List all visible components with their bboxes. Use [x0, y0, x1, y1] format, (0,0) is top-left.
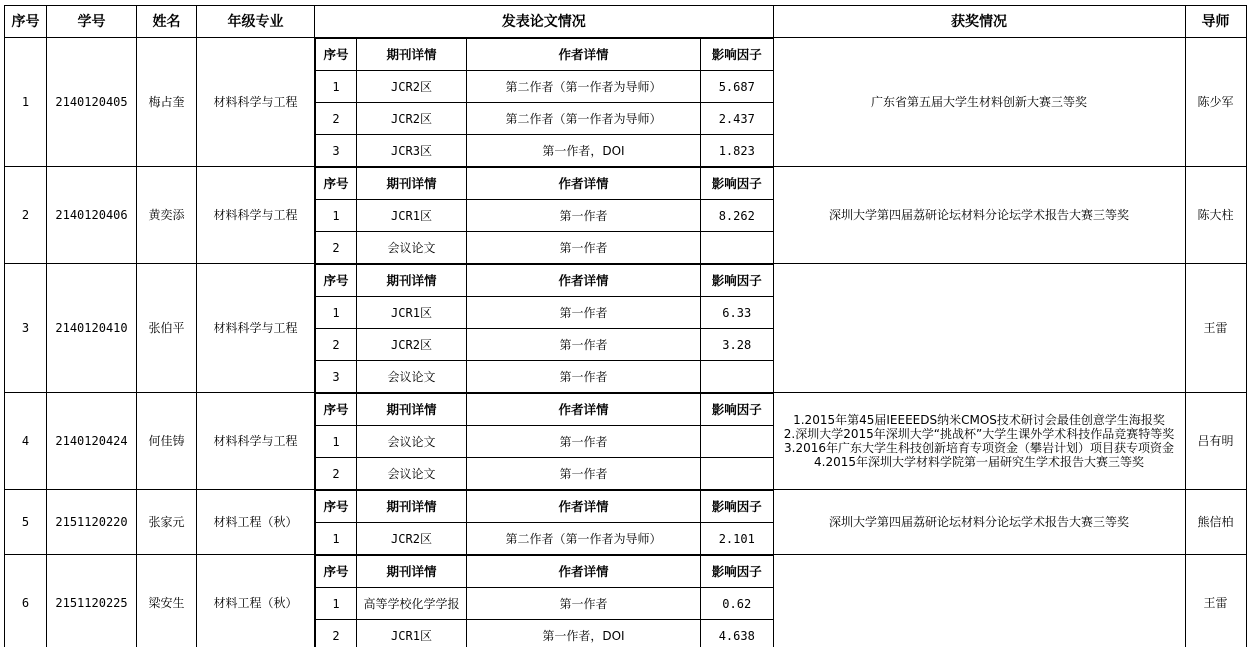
paper-seq[interactable]: 2: [316, 232, 357, 264]
paper-header-journal[interactable]: 期刊详情: [357, 491, 467, 523]
paper-seq[interactable]: 2: [316, 620, 357, 647]
paper-journal[interactable]: JCR3区: [357, 135, 467, 167]
paper-journal[interactable]: JCR1区: [357, 620, 467, 647]
paper-impact[interactable]: 3.28: [701, 329, 773, 361]
award-item: 4.2015年深圳大学材料学院第一届研究生学术报告大赛三等奖: [774, 455, 1185, 469]
paper-author[interactable]: 第一作者: [467, 232, 701, 264]
awards-cell[interactable]: 深圳大学第四届荔研论坛材料分论坛学术报告大赛三等奖: [773, 167, 1185, 264]
paper-seq[interactable]: 1: [316, 523, 357, 555]
advisor-name[interactable]: 陈少军: [1185, 38, 1246, 167]
awards-cell[interactable]: 广东省第五届大学生材料创新大赛三等奖: [773, 38, 1185, 167]
paper-impact[interactable]: 1.823: [701, 135, 773, 167]
award-item: 1.2015年第45届IEEEEDS纳米CMOS技术研讨会最佳创意学生海报奖: [774, 413, 1185, 427]
student-name[interactable]: 黄奕添: [137, 167, 197, 264]
paper-header-impact[interactable]: 影响因子: [701, 265, 773, 297]
awards-cell[interactable]: 深圳大学第四届荔研论坛材料分论坛学术报告大赛三等奖: [773, 490, 1185, 555]
paper-impact[interactable]: 8.262: [701, 200, 773, 232]
paper-subheader-row: 序号 期刊详情 作者详情 影响因子: [316, 556, 773, 588]
paper-row: 1高等学校化学学报第一作者0.62: [316, 588, 773, 620]
student-achievements-sheet: 序号 学号 姓名 年级专业 发表论文情况 获奖情况 导师 1 214012040…: [4, 5, 1247, 647]
paper-author[interactable]: 第二作者（第一作者为导师）: [467, 103, 701, 135]
student-major[interactable]: 材料科学与工程: [197, 38, 315, 167]
paper-journal[interactable]: JCR2区: [357, 103, 467, 135]
papers-cell: 序号 期刊详情 作者详情 影响因子 1JCR1区第一作者6.332JCR2区第一…: [315, 264, 774, 393]
header-major[interactable]: 年级专业: [197, 6, 315, 38]
paper-seq[interactable]: 3: [316, 135, 357, 167]
student-id[interactable]: 2140120410: [47, 264, 137, 393]
paper-author[interactable]: 第一作者: [467, 329, 701, 361]
paper-journal[interactable]: 会议论文: [357, 426, 467, 458]
papers-cell: 序号 期刊详情 作者详情 影响因子 1JCR2区第二作者（第一作者为导师）5.6…: [315, 38, 774, 167]
paper-header-seq[interactable]: 序号: [316, 168, 357, 200]
paper-header-journal[interactable]: 期刊详情: [357, 39, 467, 71]
student-major[interactable]: 材料工程（秋）: [197, 490, 315, 555]
paper-impact[interactable]: [701, 426, 773, 458]
student-row: 3 2140120410 张伯平 材料科学与工程 序号 期刊详情 作者详情 影响…: [5, 264, 1247, 393]
paper-journal[interactable]: 会议论文: [357, 458, 467, 490]
papers-cell: 序号 期刊详情 作者详情 影响因子 1JCR1区第一作者8.2622会议论文第一…: [315, 167, 774, 264]
student-name[interactable]: 梅占奎: [137, 38, 197, 167]
paper-header-seq[interactable]: 序号: [316, 265, 357, 297]
paper-seq[interactable]: 2: [316, 458, 357, 490]
paper-header-seq[interactable]: 序号: [316, 556, 357, 588]
paper-author[interactable]: 第一作者: [467, 458, 701, 490]
awards-cell[interactable]: [773, 555, 1185, 647]
student-seq[interactable]: 4: [5, 393, 47, 490]
paper-impact[interactable]: 2.437: [701, 103, 773, 135]
student-major[interactable]: 材料科学与工程: [197, 167, 315, 264]
award-item: 3.2016年广东大学生科技创新培育专项资金（攀岩计划）项目获专项资金: [774, 441, 1185, 455]
paper-subheader-row: 序号 期刊详情 作者详情 影响因子: [316, 394, 773, 426]
paper-seq[interactable]: 1: [316, 200, 357, 232]
advisor-name[interactable]: 吕有明: [1185, 393, 1246, 490]
paper-seq[interactable]: 1: [316, 588, 357, 620]
paper-seq[interactable]: 2: [316, 329, 357, 361]
student-row: 6 2151120225 梁安生 材料工程（秋） 序号 期刊详情 作者详情 影响…: [5, 555, 1247, 647]
achievements-table: 序号 学号 姓名 年级专业 发表论文情况 获奖情况 导师 1 214012040…: [4, 5, 1247, 647]
paper-header-journal[interactable]: 期刊详情: [357, 265, 467, 297]
student-name[interactable]: 梁安生: [137, 555, 197, 647]
paper-seq[interactable]: 3: [316, 361, 357, 393]
student-name[interactable]: 张家元: [137, 490, 197, 555]
paper-row: 1JCR2区第二作者（第一作者为导师）2.101: [316, 523, 773, 555]
papers-subtable: 序号 期刊详情 作者详情 影响因子 1JCR1区第一作者8.2622会议论文第一…: [315, 167, 773, 263]
paper-impact[interactable]: [701, 232, 773, 264]
paper-author[interactable]: 第一作者: [467, 361, 701, 393]
advisor-name[interactable]: 王雷: [1185, 264, 1246, 393]
header-awards[interactable]: 获奖情况: [773, 6, 1185, 38]
student-id[interactable]: 2140120405: [47, 38, 137, 167]
student-row: 2 2140120406 黄奕添 材料科学与工程 序号 期刊详情 作者详情 影响…: [5, 167, 1247, 264]
paper-author[interactable]: 第一作者，DOI: [467, 135, 701, 167]
paper-row: 2会议论文第一作者: [316, 232, 773, 264]
paper-journal[interactable]: JCR2区: [357, 523, 467, 555]
paper-journal[interactable]: JCR2区: [357, 329, 467, 361]
paper-header-author[interactable]: 作者详情: [467, 491, 701, 523]
header-row: 序号 学号 姓名 年级专业 发表论文情况 获奖情况 导师: [5, 6, 1247, 38]
student-row: 5 2151120220 张家元 材料工程（秋） 序号 期刊详情 作者详情 影响…: [5, 490, 1247, 555]
student-id[interactable]: 2151120225: [47, 555, 137, 647]
paper-journal[interactable]: JCR1区: [357, 297, 467, 329]
awards-cell[interactable]: 1.2015年第45届IEEEEDS纳米CMOS技术研讨会最佳创意学生海报奖2.…: [773, 393, 1185, 490]
paper-row: 3会议论文第一作者: [316, 361, 773, 393]
paper-seq[interactable]: 2: [316, 103, 357, 135]
paper-row: 1会议论文第一作者: [316, 426, 773, 458]
paper-seq[interactable]: 1: [316, 297, 357, 329]
paper-subheader-row: 序号 期刊详情 作者详情 影响因子: [316, 491, 773, 523]
student-seq[interactable]: 5: [5, 490, 47, 555]
paper-header-impact[interactable]: 影响因子: [701, 39, 773, 71]
student-seq[interactable]: 3: [5, 264, 47, 393]
papers-cell: 序号 期刊详情 作者详情 影响因子 1JCR2区第二作者（第一作者为导师）2.1…: [315, 490, 774, 555]
student-id[interactable]: 2140120406: [47, 167, 137, 264]
student-major[interactable]: 材料科学与工程: [197, 264, 315, 393]
paper-seq[interactable]: 1: [316, 426, 357, 458]
student-seq[interactable]: 2: [5, 167, 47, 264]
paper-impact[interactable]: [701, 458, 773, 490]
paper-author[interactable]: 第二作者（第一作者为导师）: [467, 523, 701, 555]
student-name[interactable]: 张伯平: [137, 264, 197, 393]
paper-header-author[interactable]: 作者详情: [467, 168, 701, 200]
student-row: 4 2140120424 何佳铸 材料科学与工程 序号 期刊详情 作者详情 影响…: [5, 393, 1247, 490]
paper-header-impact[interactable]: 影响因子: [701, 556, 773, 588]
papers-subtable: 序号 期刊详情 作者详情 影响因子 1JCR2区第二作者（第一作者为导师）2.1…: [315, 490, 773, 554]
paper-journal[interactable]: 高等学校化学学报: [357, 588, 467, 620]
paper-row: 2会议论文第一作者: [316, 458, 773, 490]
paper-impact[interactable]: 2.101: [701, 523, 773, 555]
award-item: 2.深圳大学2015年深圳大学“挑战杯”大学生课外学术科技作品竞赛特等奖: [774, 427, 1185, 441]
paper-author[interactable]: 第一作者: [467, 588, 701, 620]
student-seq[interactable]: 6: [5, 555, 47, 647]
paper-row: 2JCR2区第一作者3.28: [316, 329, 773, 361]
header-papers[interactable]: 发表论文情况: [315, 6, 774, 38]
header-advisor[interactable]: 导师: [1185, 6, 1246, 38]
papers-cell: 序号 期刊详情 作者详情 影响因子 1会议论文第一作者2会议论文第一作者: [315, 393, 774, 490]
advisor-name[interactable]: 王雷: [1185, 555, 1246, 647]
papers-subtable: 序号 期刊详情 作者详情 影响因子 1JCR2区第二作者（第一作者为导师）5.6…: [315, 38, 773, 166]
student-seq[interactable]: 1: [5, 38, 47, 167]
paper-author[interactable]: 第一作者: [467, 297, 701, 329]
paper-header-author[interactable]: 作者详情: [467, 394, 701, 426]
paper-row: 1JCR1区第一作者6.33: [316, 297, 773, 329]
paper-author[interactable]: 第一作者: [467, 426, 701, 458]
paper-header-seq[interactable]: 序号: [316, 394, 357, 426]
paper-header-journal[interactable]: 期刊详情: [357, 394, 467, 426]
awards-cell[interactable]: [773, 264, 1185, 393]
paper-author[interactable]: 第一作者: [467, 200, 701, 232]
paper-header-impact[interactable]: 影响因子: [701, 394, 773, 426]
paper-journal[interactable]: 会议论文: [357, 232, 467, 264]
paper-impact[interactable]: 5.687: [701, 71, 773, 103]
advisor-name[interactable]: 陈大柱: [1185, 167, 1246, 264]
student-row: 1 2140120405 梅占奎 材料科学与工程 序号 期刊详情 作者详情 影响…: [5, 38, 1247, 167]
papers-subtable: 序号 期刊详情 作者详情 影响因子 1JCR1区第一作者6.332JCR2区第一…: [315, 264, 773, 392]
advisor-name[interactable]: 熊信柏: [1185, 490, 1246, 555]
header-student-id[interactable]: 学号: [47, 6, 137, 38]
paper-header-impact[interactable]: 影响因子: [701, 168, 773, 200]
header-seq[interactable]: 序号: [5, 6, 47, 38]
paper-header-author[interactable]: 作者详情: [467, 265, 701, 297]
student-id[interactable]: 2151120220: [47, 490, 137, 555]
paper-header-seq[interactable]: 序号: [316, 39, 357, 71]
paper-header-seq[interactable]: 序号: [316, 491, 357, 523]
paper-row: 2JCR1区第一作者，DOI4.638: [316, 620, 773, 647]
paper-impact[interactable]: 4.638: [701, 620, 773, 647]
paper-impact[interactable]: 0.62: [701, 588, 773, 620]
paper-header-author[interactable]: 作者详情: [467, 39, 701, 71]
student-major[interactable]: 材料工程（秋）: [197, 555, 315, 647]
paper-row: 1JCR2区第二作者（第一作者为导师）5.687: [316, 71, 773, 103]
paper-subheader-row: 序号 期刊详情 作者详情 影响因子: [316, 168, 773, 200]
paper-header-impact[interactable]: 影响因子: [701, 491, 773, 523]
paper-seq[interactable]: 1: [316, 71, 357, 103]
paper-author[interactable]: 第一作者，DOI: [467, 620, 701, 647]
student-name[interactable]: 何佳铸: [137, 393, 197, 490]
paper-subheader-row: 序号 期刊详情 作者详情 影响因子: [316, 39, 773, 71]
paper-row: 3JCR3区第一作者，DOI1.823: [316, 135, 773, 167]
paper-header-journal[interactable]: 期刊详情: [357, 168, 467, 200]
paper-journal[interactable]: JCR2区: [357, 71, 467, 103]
paper-journal[interactable]: 会议论文: [357, 361, 467, 393]
papers-cell: 序号 期刊详情 作者详情 影响因子 1高等学校化学学报第一作者0.622JCR1…: [315, 555, 774, 647]
paper-row: 1JCR1区第一作者8.262: [316, 200, 773, 232]
paper-header-journal[interactable]: 期刊详情: [357, 556, 467, 588]
student-major[interactable]: 材料科学与工程: [197, 393, 315, 490]
paper-impact[interactable]: 6.33: [701, 297, 773, 329]
paper-header-author[interactable]: 作者详情: [467, 556, 701, 588]
header-name[interactable]: 姓名: [137, 6, 197, 38]
papers-subtable: 序号 期刊详情 作者详情 影响因子 1会议论文第一作者2会议论文第一作者: [315, 393, 773, 489]
paper-row: 2JCR2区第二作者（第一作者为导师）2.437: [316, 103, 773, 135]
papers-subtable: 序号 期刊详情 作者详情 影响因子 1高等学校化学学报第一作者0.622JCR1…: [315, 555, 773, 647]
paper-impact[interactable]: [701, 361, 773, 393]
paper-journal[interactable]: JCR1区: [357, 200, 467, 232]
student-rows: 1 2140120405 梅占奎 材料科学与工程 序号 期刊详情 作者详情 影响…: [5, 38, 1247, 647]
paper-subheader-row: 序号 期刊详情 作者详情 影响因子: [316, 265, 773, 297]
student-id[interactable]: 2140120424: [47, 393, 137, 490]
paper-author[interactable]: 第二作者（第一作者为导师）: [467, 71, 701, 103]
